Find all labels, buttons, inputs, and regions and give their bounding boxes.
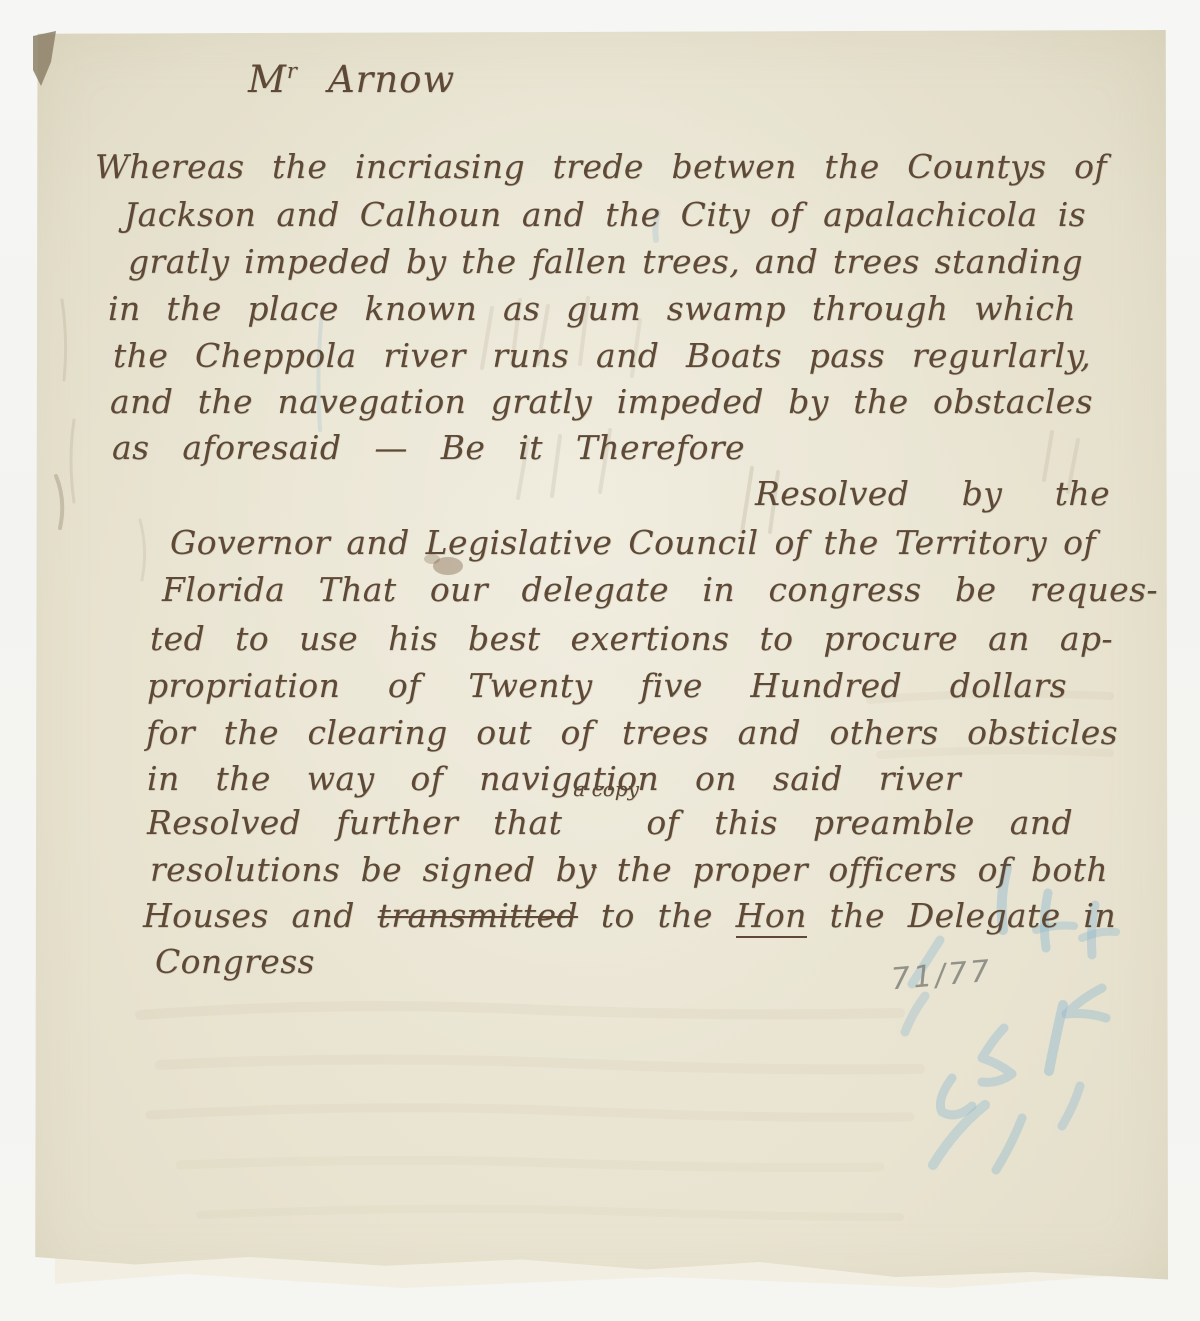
letter-line-1: Whereas the incriasing trede betwen the … (95, 146, 1107, 188)
letter-line-8-resolved: Resolved by the (755, 473, 1110, 515)
letter-line-2: Jackson and Calhoun and the City of apal… (124, 194, 1086, 236)
letter-heading: MrArnow (248, 50, 455, 101)
underlined-word-hon: Hon (736, 896, 807, 938)
letter-line-6: and the navegation gratly impeded by the… (110, 381, 1093, 423)
letter-line-16: resolutions be signed by the proper offi… (150, 849, 1108, 891)
letter-line-7: as aforesaid — Be it Therefore (112, 427, 745, 469)
heading-initial: M (248, 58, 287, 101)
letter-line-4: in the place known as gum swamp through … (108, 288, 1076, 330)
heading-name: Arnow (328, 58, 455, 101)
scanned-document-page: MrArnow Whereas the incriasing trede bet… (0, 0, 1200, 1321)
struck-word-transmitted: transmitted (378, 896, 578, 935)
letter-line-3: gratly impeded by the fallen trees, and … (128, 241, 1083, 283)
letter-line-11: ted to use his best exertions to procure… (150, 618, 1113, 660)
letter-line-17-with-strike: Houses and transmitted to the Hon the De… (143, 895, 1116, 937)
transmit-line-part1: Houses and (143, 896, 355, 935)
insertion-line-post: of this preamble and (646, 803, 1073, 842)
letter-line-10: Florida That our delegate in congress be… (162, 569, 1158, 611)
insertion-text: a copy (573, 768, 639, 810)
letter-line-14: in the way of navigation on said river (147, 758, 961, 800)
letter-line-9: Governor and Legislative Council of the … (170, 522, 1096, 564)
interlinear-insertion: a copy‸ (597, 824, 611, 834)
insertion-line-pre: Resolved further that (147, 803, 562, 842)
transmit-line-part3: the Delegate in (830, 896, 1116, 935)
letter-line-13: for the clearing out of trees and others… (146, 712, 1118, 754)
letter-line-18-congress: Congress (155, 941, 315, 983)
heading-superscript: r (287, 59, 298, 83)
letter-line-12: propriation of Twenty five Hundred dolla… (147, 665, 1067, 707)
letter-line-15-with-insertion: Resolved further that a copy‸ of this pr… (147, 802, 1073, 844)
transmit-line-part2: to the (601, 896, 713, 935)
handwritten-text-layer: MrArnow Whereas the incriasing trede bet… (0, 0, 1200, 1321)
letter-line-5: the Cheppola river runs and Boats pass r… (113, 335, 1091, 377)
